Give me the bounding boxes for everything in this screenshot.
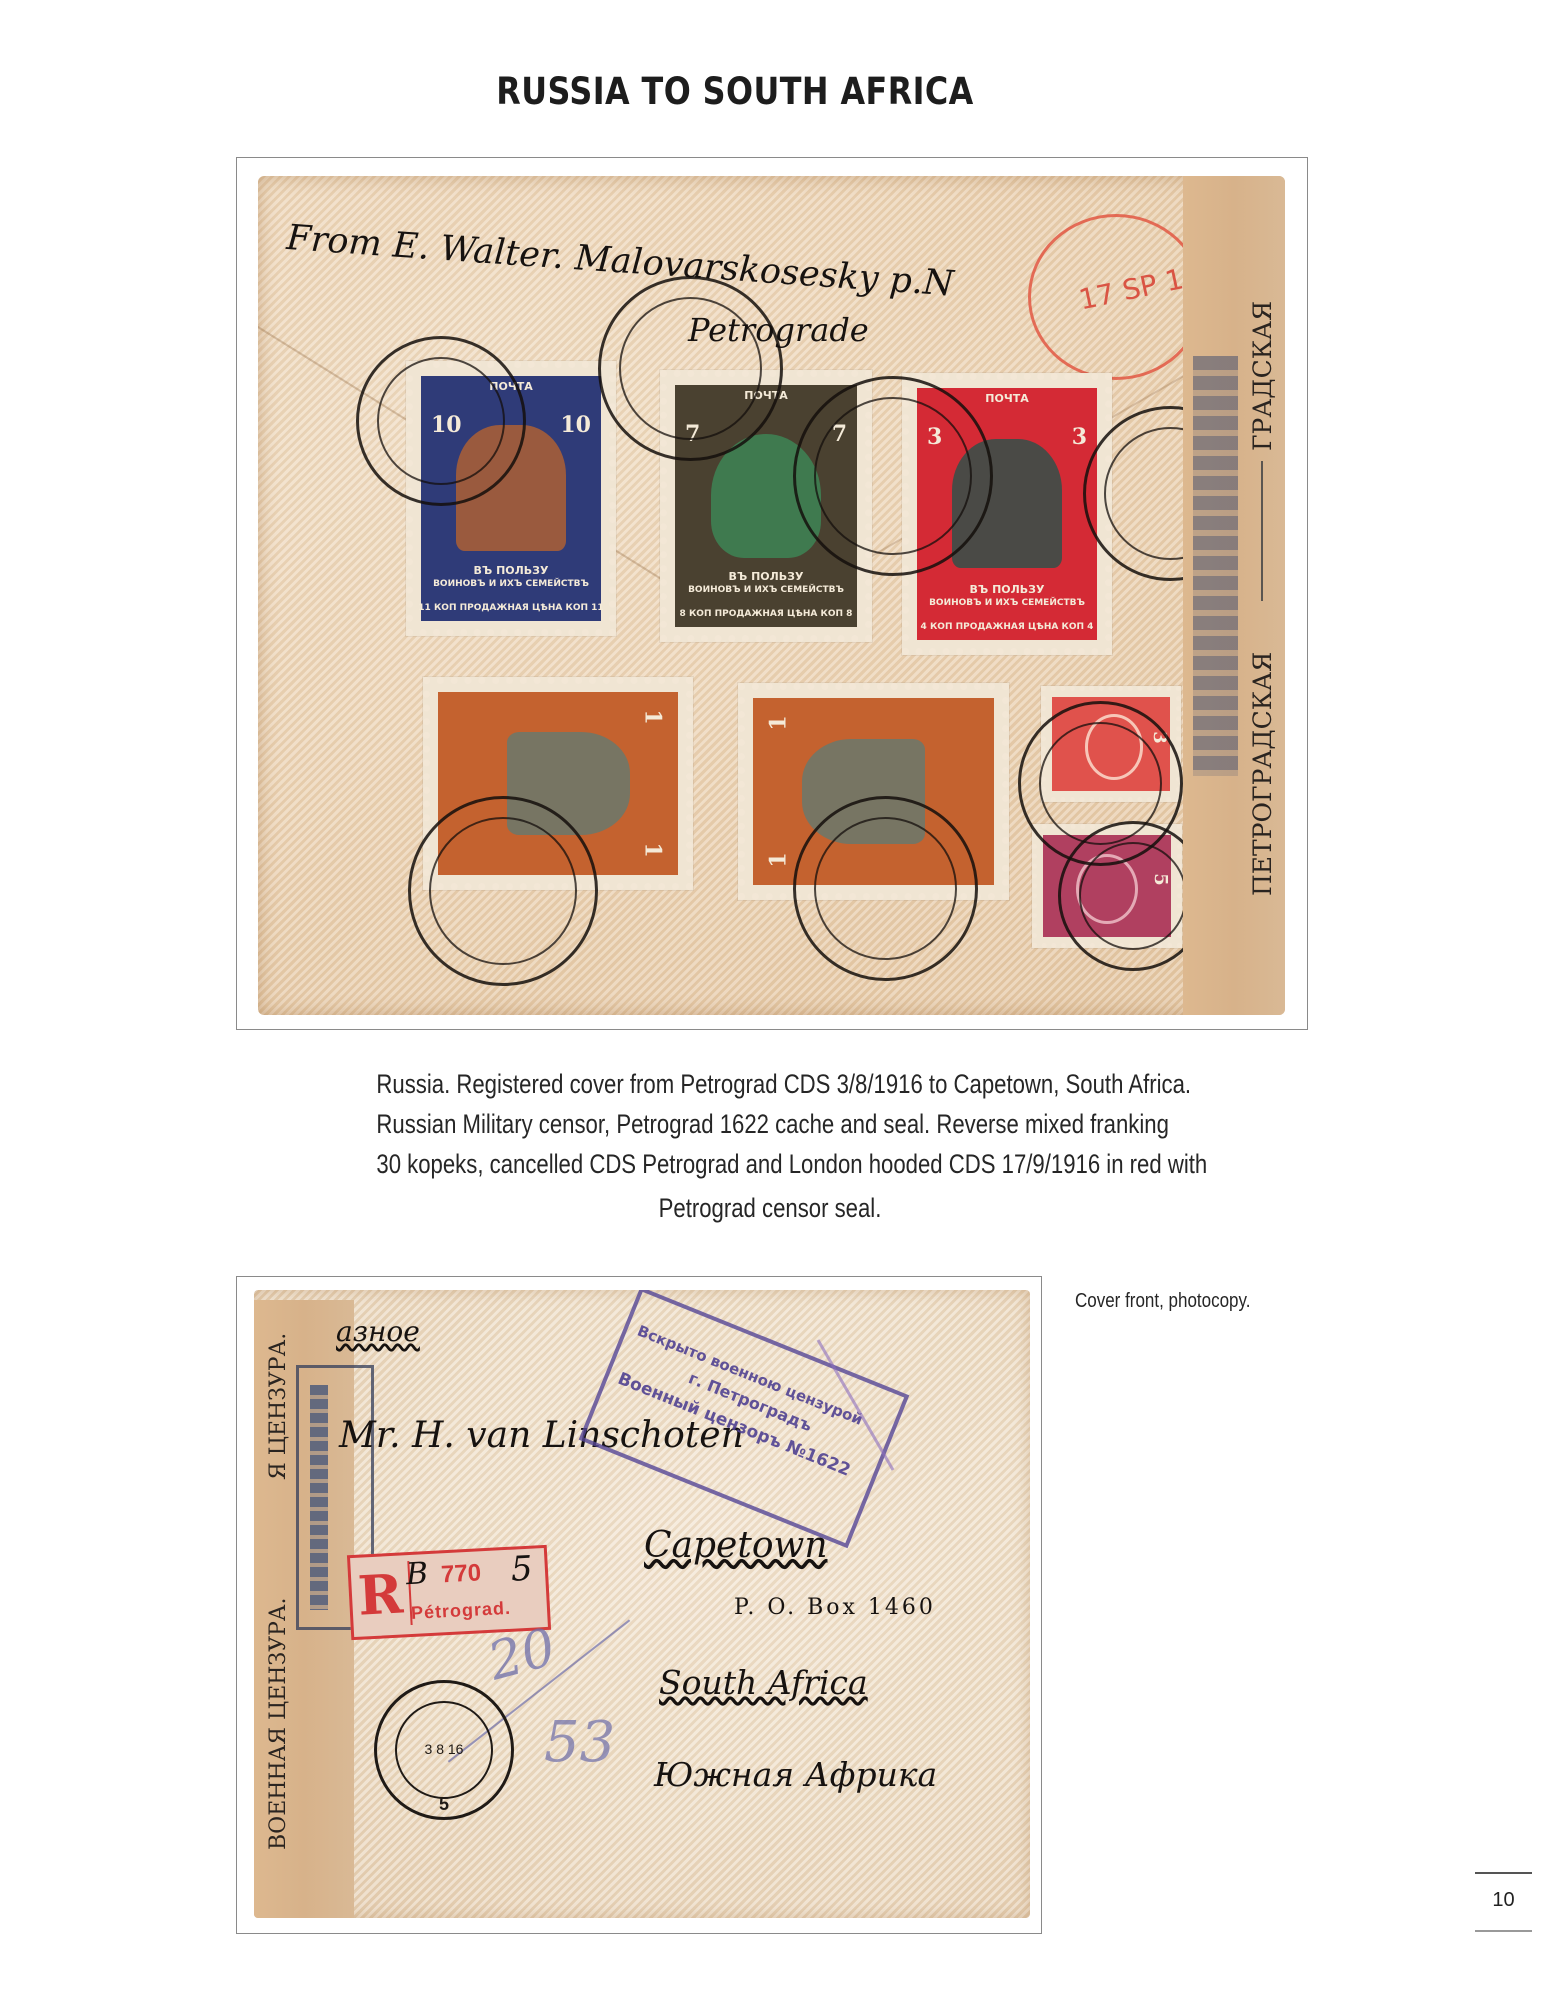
stamp-text: 11 КОП ПРОДАЖНАЯ ЦѢНА КОП 11	[413, 602, 609, 615]
censor-tape-text: ПЕТРОГРАДСКАЯ	[1248, 652, 1277, 896]
stamp-value: 1	[766, 715, 792, 730]
stamp-text: ВЪ ПОЛЬЗУ	[909, 583, 1105, 596]
pencil-number: 53	[544, 1710, 615, 1775]
registration-series: B	[405, 1556, 429, 1592]
petrograd-cancel	[793, 376, 993, 576]
sender-handwriting: From E. Walter. Malovarskosesky p.N	[285, 218, 955, 305]
stamp-value: 10	[560, 412, 591, 438]
cover-reverse-image: From E. Walter. Malovarskosesky p.N Petr…	[258, 176, 1285, 1015]
page-title: RUSSIA TO SOUTH AFRICA	[103, 70, 1367, 113]
censor-tape-text: Я ЦЕНЗУРА.	[266, 1333, 291, 1480]
petrograd-cancel	[598, 276, 783, 461]
censor-tape-line	[1261, 461, 1263, 601]
cover-caption: Russia. Registered cover from Petrograd …	[376, 1064, 1163, 1228]
stamp-value: 1	[766, 852, 792, 867]
country-russian-handwriting: Южная Африка	[654, 1755, 937, 1794]
censor-cachet	[1193, 356, 1238, 776]
censor-tape-text: ГРАДСКАЯ	[1248, 301, 1277, 451]
caption-line: Russian Military censor, Petrograd 1622 …	[376, 1104, 1163, 1144]
registration-city: Pétrograd.	[410, 1598, 511, 1624]
country-handwriting: South Africa	[659, 1663, 868, 1702]
page-number-box: 10	[1475, 1872, 1532, 1932]
po-box-handwriting: P. O. Box 1460	[734, 1595, 936, 1620]
cover-front-note: Cover front, photocopy.	[1075, 1290, 1250, 1313]
petrograd-cancel	[793, 796, 978, 981]
postmark-date: 3 8 16	[377, 1741, 511, 1757]
page-number-rule-bottom	[1475, 1930, 1532, 1932]
cover-front-image: ВОЕННАЯ ЦЕНЗУРА. Я ЦЕНЗУРА. азное Mr. H.…	[254, 1290, 1030, 1918]
stamp-text: ВОИНОВЪ И ИХЪ СЕМЕЙСТВЪ	[413, 578, 609, 591]
censor-box-stamp-1622: Вскрыто военною цензурой г. Петроградъ В…	[579, 1290, 910, 1548]
registration-digit: 5	[510, 1549, 534, 1590]
stamp-text: ВЪ ПОЛЬЗУ	[667, 570, 865, 583]
stamp-text: 8 КОП ПРОДАЖНАЯ ЦѢНА КОП 8	[667, 608, 865, 621]
page-number: 10	[1475, 1889, 1532, 1912]
postmark-index: 5	[377, 1794, 511, 1815]
petrograd-cancel	[356, 336, 526, 506]
registration-number: 770	[440, 1559, 481, 1589]
city-handwriting: Capetown	[644, 1525, 828, 1566]
stamp-value: 3	[1072, 424, 1087, 450]
stamp-text: ВЪ ПОЛЬЗУ	[413, 564, 609, 577]
caption-line: Russia. Registered cover from Petrograd …	[376, 1064, 1163, 1104]
petrograd-cancel	[408, 796, 598, 986]
stamp-value: 1	[639, 842, 665, 857]
stamp-text: 4 КОП ПРОДАЖНАЯ ЦѢНА КОП 4	[909, 621, 1105, 634]
caption-line: Petrograd censor seal.	[376, 1188, 1163, 1228]
page-number-rule-top	[1475, 1872, 1532, 1874]
stamp-value: 1	[639, 709, 665, 724]
stamp-text: ВОИНОВЪ И ИХЪ СЕМЕЙСТВЪ	[667, 584, 865, 597]
censor-box-ink	[310, 1385, 328, 1610]
caption-line: 30 kopeks, cancelled CDS Petrograd and L…	[376, 1144, 1163, 1184]
petrograd-postmark: 3 8 16 5	[374, 1680, 514, 1820]
registered-handwriting: азное	[336, 1315, 420, 1348]
registration-letter: R	[356, 1561, 412, 1628]
stamp-text: ВОИНОВЪ И ИХЪ СЕМЕЙСТВЪ	[909, 597, 1105, 610]
censor-tape-text: ВОЕННАЯ ЦЕНЗУРА.	[266, 1597, 291, 1850]
